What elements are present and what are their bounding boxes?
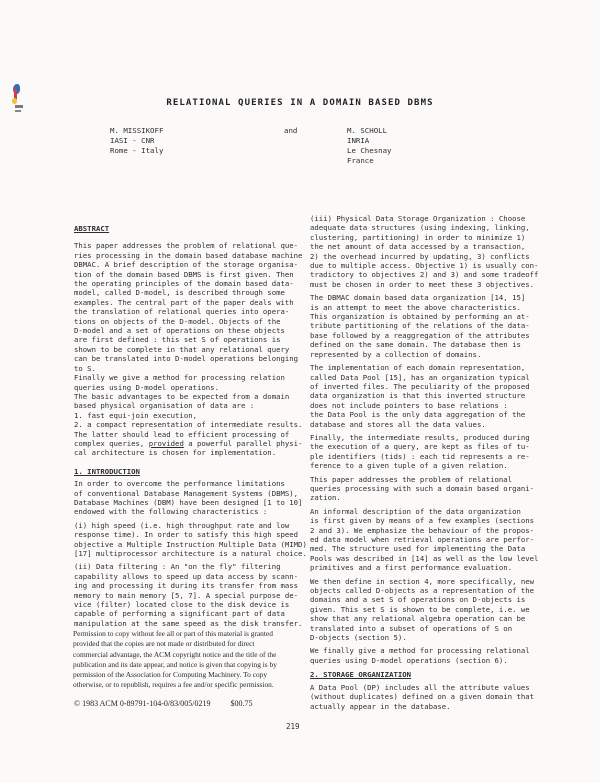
author-right-location: Le Chesnay xyxy=(347,146,392,156)
informal-description-paragraph: An informal description of the data orga… xyxy=(310,507,552,573)
introduction-paragraph-1: In order to overcome the performance lim… xyxy=(74,479,314,517)
author-right-affiliation: INRIA xyxy=(347,136,392,146)
abstract-heading: ABSTRACT xyxy=(74,224,314,233)
author-right: M. SCHOLL INRIA Le Chesnay France xyxy=(347,126,392,166)
left-column: ABSTRACT This paper addresses the proble… xyxy=(74,224,314,628)
section4-paragraph: We then define in section 4, more specif… xyxy=(310,577,552,643)
storage-organization-heading: 2. STORAGE ORGANIZATION xyxy=(310,670,552,679)
abstract-paragraph-4: The latter should lead to efficient proc… xyxy=(74,430,314,458)
right-column: (iii) Physical Data Storage Organization… xyxy=(310,214,552,711)
introduction-paragraph-3: (ii) Data filtering : An "on the fly" fi… xyxy=(74,562,314,628)
abstract-paragraph-4-underlined-word: provided xyxy=(149,439,184,448)
abstract-paragraph-2: Finally we give a method for processing … xyxy=(74,373,314,392)
author-right-name: M. SCHOLL xyxy=(347,126,392,136)
author-left-affiliation: IASI - CNR xyxy=(110,136,163,146)
this-paper-paragraph: This paper addresses the problem of rela… xyxy=(310,475,552,503)
author-left-location: Rome - Italy xyxy=(110,146,163,156)
acm-copyright-code: © 1983 ACM 0-89791-104-0/83/005/0219 xyxy=(74,699,211,708)
introduction-heading: 1. INTRODUCTION xyxy=(74,467,314,476)
physical-storage-paragraph: (iii) Physical Data Storage Organization… xyxy=(310,214,552,289)
page-number: 219 xyxy=(286,722,300,731)
finally-paragraph: We finally give a method for processing … xyxy=(310,646,552,665)
abstract-paragraph-3: The basic advantages to be expected from… xyxy=(74,392,314,430)
acm-price: $00.75 xyxy=(231,699,253,708)
dbmac-paragraph: The DBMAC domain based data organization… xyxy=(310,293,552,359)
author-right-country: France xyxy=(347,156,392,166)
abstract-paragraph-1: This paper addresses the problem of rela… xyxy=(74,241,314,373)
stamp-text-smudge xyxy=(15,110,21,112)
acm-copyright-line: © 1983 ACM 0-89791-104-0/83/005/0219 $00… xyxy=(74,699,253,708)
author-left: M. MISSIKOFF IASI - CNR Rome - Italy xyxy=(110,126,163,156)
data-pool-paragraph: A Data Pool (DP) includes all the attrib… xyxy=(310,683,552,711)
acm-permission-notice: Permission to copy without fee all or pa… xyxy=(73,629,314,691)
authors-separator: and xyxy=(284,126,297,136)
paper-title: RELATIONAL QUERIES IN A DOMAIN BASED DBM… xyxy=(0,98,600,108)
implementation-paragraph: The implementation of each domain repres… xyxy=(310,363,552,429)
intermediate-results-paragraph: Finally, the intermediate results, produ… xyxy=(310,433,552,471)
author-left-name: M. MISSIKOFF xyxy=(110,126,163,136)
introduction-paragraph-2: (i) high speed (i.e. high throughput rat… xyxy=(74,521,314,559)
paper-page: RELATIONAL QUERIES IN A DOMAIN BASED DBM… xyxy=(0,0,600,783)
